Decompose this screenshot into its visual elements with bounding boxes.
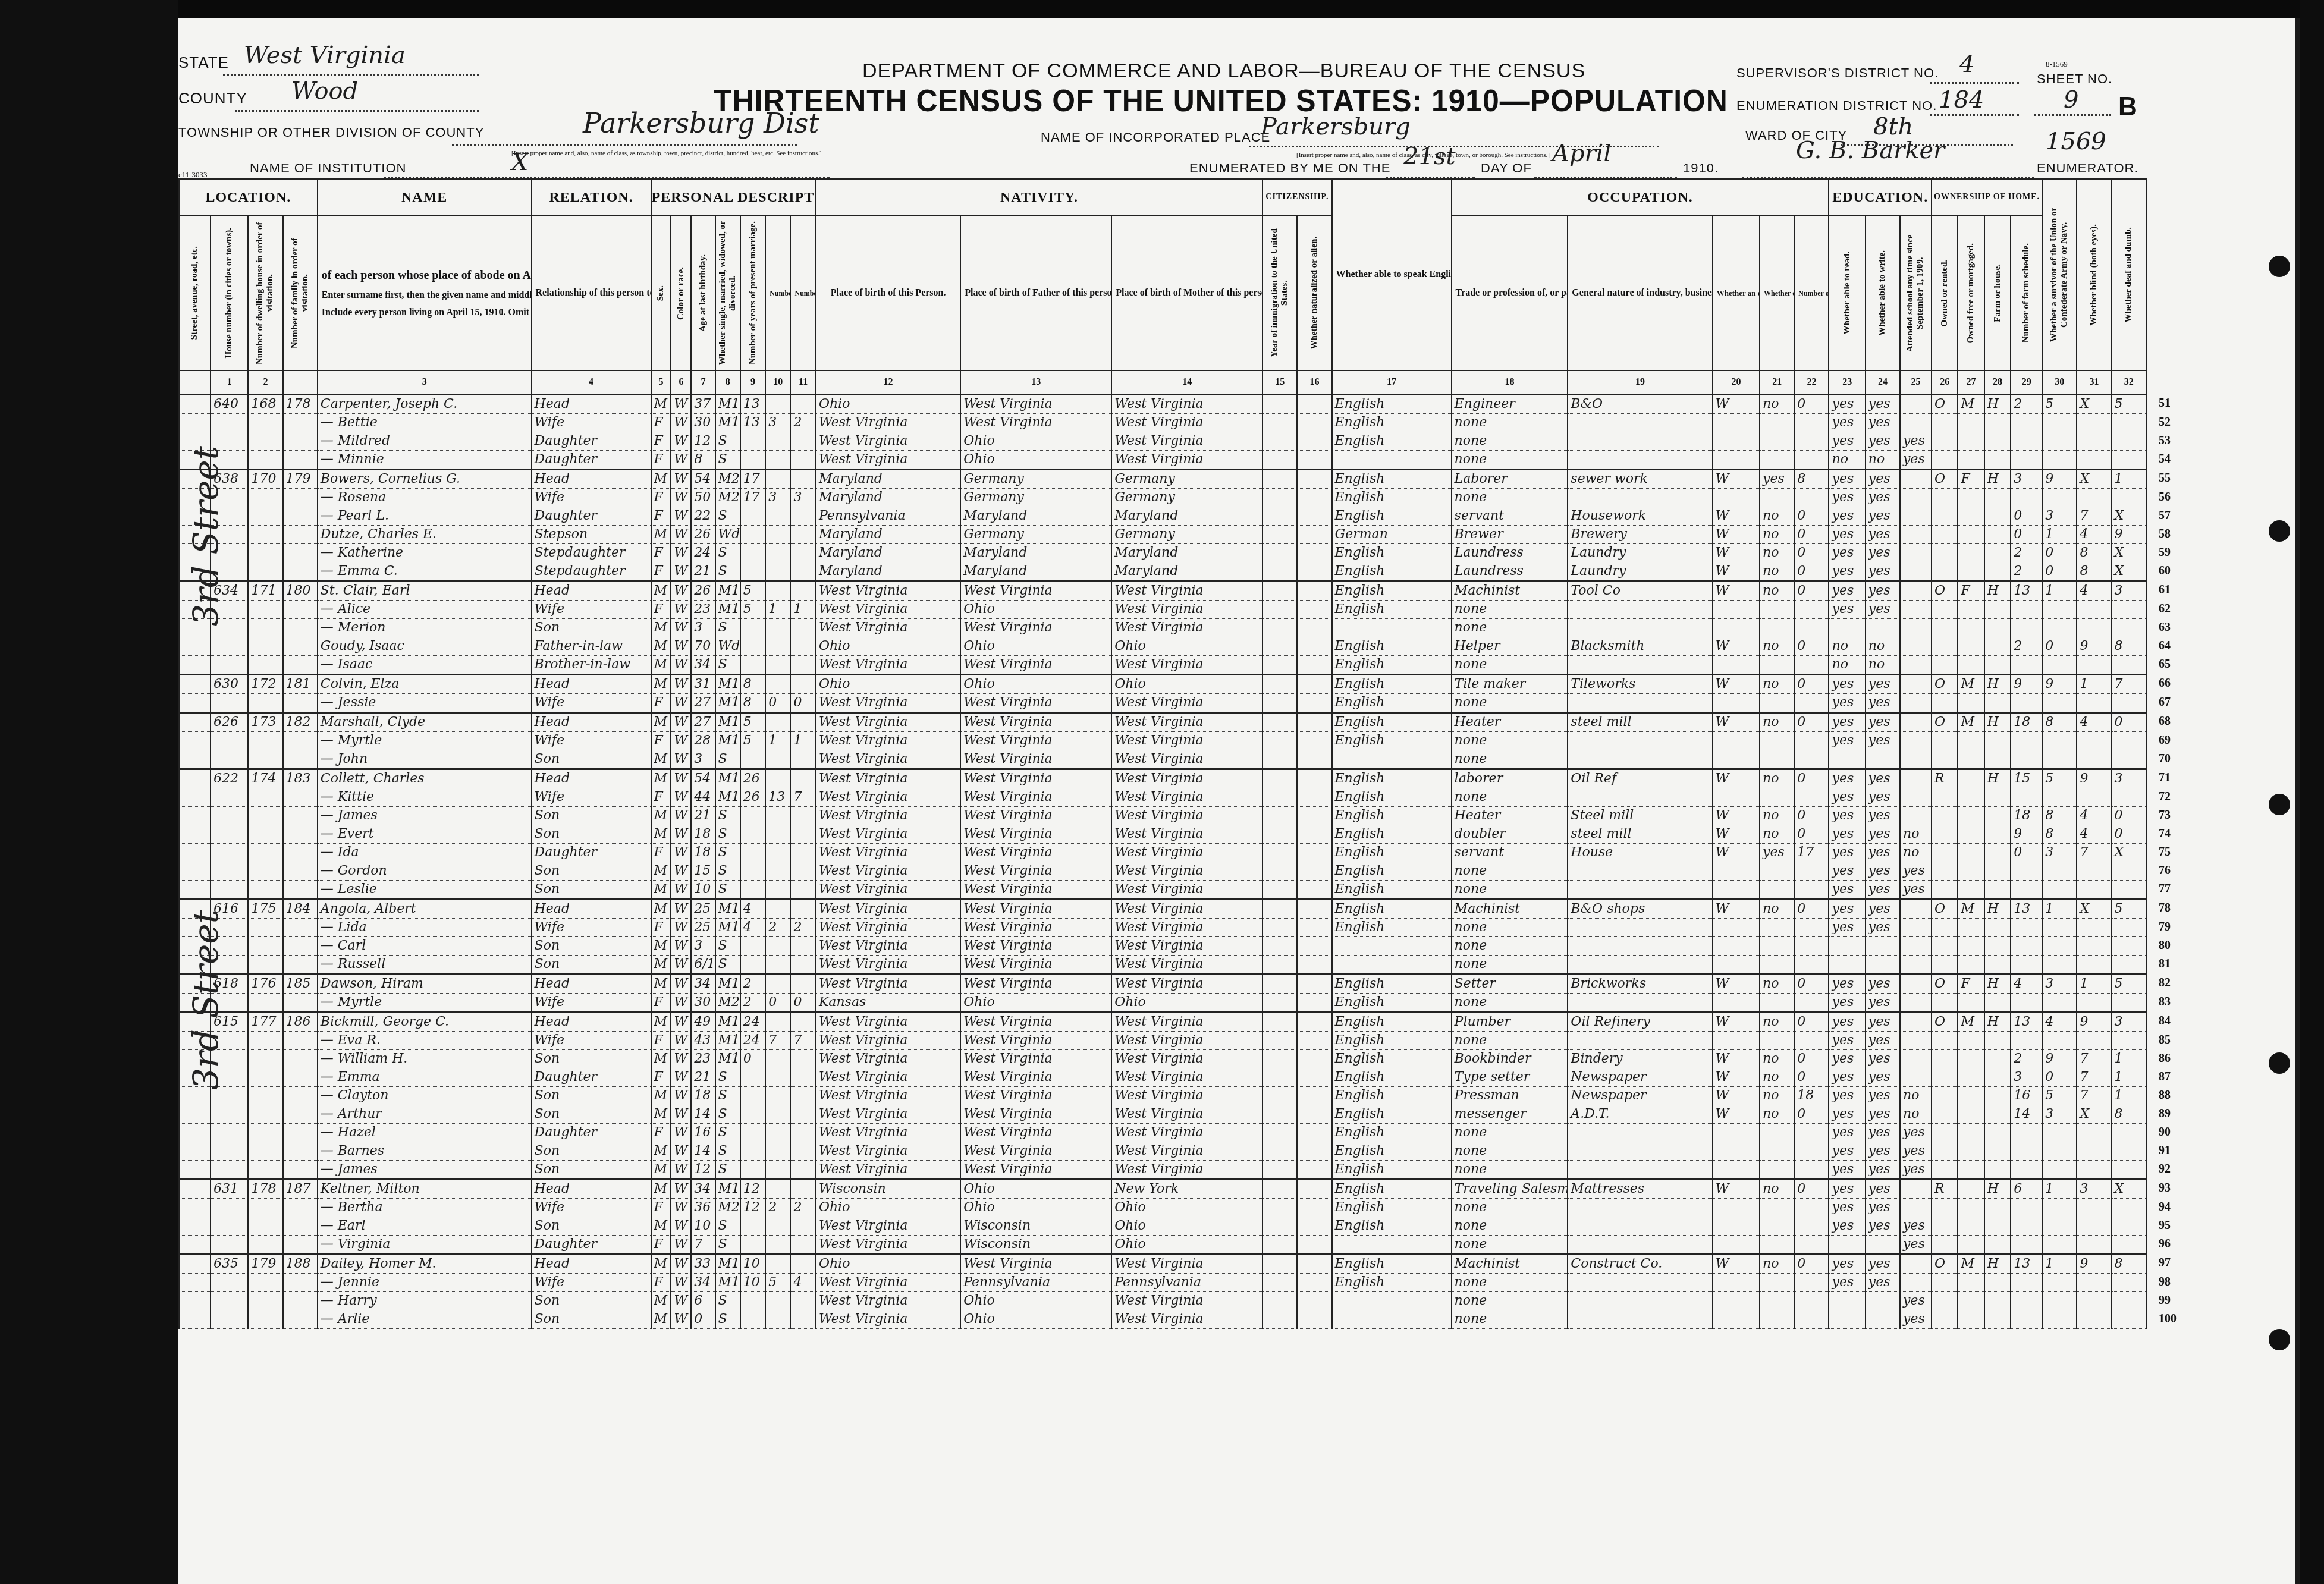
cell-free — [1958, 769, 1984, 788]
cell-dwell: 171 — [248, 581, 282, 600]
cell-name: — Merion — [318, 618, 532, 637]
cell-dwell — [248, 862, 282, 880]
cell-wks: 0 — [1794, 1179, 1829, 1198]
cell-yrs: 10 — [740, 1254, 765, 1273]
cell-age: 31 — [691, 674, 715, 693]
cell-read: yes — [1829, 413, 1865, 432]
form-code-top: 8-1569 — [2046, 59, 2068, 69]
cell-living — [790, 581, 815, 600]
cell-name: — Hazel — [318, 1123, 532, 1142]
cell-own — [1932, 693, 1958, 712]
cell-bf: Ohio — [960, 1310, 1111, 1328]
cell-age: 30 — [691, 993, 715, 1012]
cell-age: 27 — [691, 712, 715, 731]
cell-farm — [1984, 525, 2011, 543]
cell-living — [790, 432, 815, 450]
cell-imm — [1263, 918, 1297, 936]
line-number: 78 — [2159, 901, 2171, 915]
cell-read: yes — [1829, 1086, 1865, 1105]
cell-born — [765, 1254, 790, 1273]
cell-ind: sewer work — [1568, 469, 1712, 488]
cell-fam — [283, 693, 318, 712]
cell-fam — [283, 1198, 318, 1217]
line-number: 97 — [2159, 1256, 2171, 1270]
header-veteran: Whether a survivor of the Union or Confe… — [2049, 200, 2069, 349]
supervisor-label: SUPERVISOR'S DISTRICT NO. — [1736, 65, 1939, 81]
incorporated-value: Parkersburg — [1261, 113, 1411, 140]
cell-dwell: 178 — [248, 1179, 282, 1198]
cell-race: W — [671, 1123, 691, 1142]
cell-born — [765, 1105, 790, 1123]
cell-bp: West Virginia — [816, 825, 960, 843]
cell-rel: Daughter — [532, 1068, 651, 1086]
cell-fam — [283, 525, 318, 543]
cell-c30 — [2042, 413, 2077, 432]
cell-sch: yes — [1900, 1160, 1932, 1179]
cell-ind: Newspaper — [1568, 1086, 1712, 1105]
cell-bm: West Virginia — [1111, 712, 1263, 731]
column-number: 14 — [1111, 370, 1263, 394]
cell-bp: Maryland — [816, 543, 960, 562]
cell-out — [1760, 862, 1794, 880]
cell-name: — John — [318, 750, 532, 769]
cell-farm — [1984, 1123, 2011, 1142]
cell-free — [1958, 413, 1984, 432]
cell-name: — Alice — [318, 600, 532, 618]
cell-write — [1866, 1310, 1900, 1328]
cell-emp: W — [1713, 769, 1760, 788]
cell-age: 21 — [691, 1068, 715, 1086]
cell-rel: Son — [532, 955, 651, 974]
cell-free — [1958, 1105, 1984, 1123]
cell-rel: Son — [532, 1142, 651, 1160]
cell-lang: English — [1332, 825, 1452, 843]
cell-emp: W — [1713, 525, 1760, 543]
cell-sch — [1900, 993, 1932, 1012]
header-age: Age at last birthday. — [698, 254, 708, 332]
cell-c32 — [2112, 1217, 2146, 1235]
cell-c32 — [2112, 1291, 2146, 1310]
cell-c32: X — [2112, 843, 2146, 862]
cell-wks: 0 — [1794, 581, 1829, 600]
cell-yrs: 12 — [740, 1198, 765, 1217]
cell-imm — [1263, 525, 1297, 543]
cell-bm: West Virginia — [1111, 955, 1263, 974]
cell-trade: none — [1452, 993, 1568, 1012]
cell-nat — [1297, 731, 1331, 750]
cell-imm — [1263, 1031, 1297, 1049]
cell-write: yes — [1866, 562, 1900, 581]
cell-born — [765, 974, 790, 993]
cell-bf: Pennsylvania — [960, 1273, 1111, 1291]
cell-street — [179, 1310, 211, 1328]
cell-bf: West Virginia — [960, 806, 1111, 825]
table-row: — EarlSonMW10SWest VirginiaWisconsinOhio… — [179, 1217, 2146, 1235]
cell-fam — [283, 750, 318, 769]
cell-wks — [1794, 1291, 1829, 1310]
cell-emp — [1713, 788, 1760, 806]
cell-emp — [1713, 1142, 1760, 1160]
cell-yrs: 26 — [740, 769, 765, 788]
cell-trade: doubler — [1452, 825, 1568, 843]
cell-read — [1829, 618, 1865, 637]
cell-wks: 0 — [1794, 674, 1829, 693]
cell-yrs: 5 — [740, 712, 765, 731]
header-owned: Owned or rented. — [1940, 260, 1950, 326]
cell-write: yes — [1866, 1142, 1900, 1160]
cell-age: 12 — [691, 432, 715, 450]
cell-imm — [1263, 750, 1297, 769]
cell-ind — [1568, 1142, 1712, 1160]
cell-fam — [283, 1235, 318, 1254]
cell-fam — [283, 1273, 318, 1291]
cell-nat — [1297, 1142, 1331, 1160]
cell-emp — [1713, 488, 1760, 507]
cell-c31: 9 — [2077, 1012, 2111, 1031]
cell-c29: 0 — [2011, 843, 2042, 862]
cell-wks: 0 — [1794, 562, 1829, 581]
cell-c31: 1 — [2077, 974, 2111, 993]
cell-write: yes — [1866, 600, 1900, 618]
cell-dwell — [248, 432, 282, 450]
cell-bp: West Virginia — [816, 1217, 960, 1235]
cell-rel: Son — [532, 862, 651, 880]
cell-sch — [1900, 543, 1932, 562]
cell-fam — [283, 843, 318, 862]
cell-sex: M — [651, 1105, 671, 1123]
cell-mar: M2 — [715, 1198, 740, 1217]
cell-ind — [1568, 731, 1712, 750]
cell-ind — [1568, 1273, 1712, 1291]
cell-nat — [1297, 469, 1331, 488]
cell-mar: S — [715, 432, 740, 450]
cell-sch — [1900, 1198, 1932, 1217]
cell-bf: West Virginia — [960, 1142, 1111, 1160]
cell-emp — [1713, 413, 1760, 432]
cell-sch — [1900, 750, 1932, 769]
cell-lang: English — [1332, 581, 1452, 600]
enumeration-value: 184 — [1939, 86, 1984, 114]
cell-trade: none — [1452, 880, 1568, 899]
cell-nat — [1297, 1273, 1331, 1291]
cell-own — [1932, 600, 1958, 618]
cell-house: 622 — [211, 769, 248, 788]
cell-age: 18 — [691, 825, 715, 843]
cell-c30: 0 — [2042, 562, 2077, 581]
cell-own — [1932, 1217, 1958, 1235]
cell-street — [179, 394, 211, 413]
cell-trade: none — [1452, 918, 1568, 936]
cell-yrs: 4 — [740, 899, 765, 918]
cell-dwell — [248, 1049, 282, 1068]
cell-yrs: 26 — [740, 788, 765, 806]
cell-emp — [1713, 918, 1760, 936]
cell-c31 — [2077, 1217, 2111, 1235]
cell-rel: Daughter — [532, 1123, 651, 1142]
cell-mar: M1 — [715, 918, 740, 936]
cell-emp — [1713, 936, 1760, 955]
cell-ind — [1568, 936, 1712, 955]
cell-c32: X — [2112, 507, 2146, 525]
cell-wks — [1794, 655, 1829, 674]
cell-street — [179, 1123, 211, 1142]
cell-bf: West Virginia — [960, 1012, 1111, 1031]
line-number: 79 — [2159, 920, 2171, 934]
cell-bm: West Virginia — [1111, 788, 1263, 806]
cell-name: — Russell — [318, 955, 532, 974]
cell-read: yes — [1829, 394, 1865, 413]
cell-ind: B&O shops — [1568, 899, 1712, 918]
cell-imm — [1263, 1123, 1297, 1142]
cell-farm — [1984, 600, 2011, 618]
cell-bf: Wisconsin — [960, 1235, 1111, 1254]
cell-mar: S — [715, 1068, 740, 1086]
cell-c32 — [2112, 1031, 2146, 1049]
header-naturalized: Whether naturalized or alien. — [1309, 237, 1320, 349]
column-number: 12 — [816, 370, 960, 394]
cell-nat — [1297, 899, 1331, 918]
cell-c32: 7 — [2112, 674, 2146, 693]
cell-imm — [1263, 488, 1297, 507]
cell-race: W — [671, 525, 691, 543]
cell-mar: Wd — [715, 637, 740, 655]
institution-label: NAME OF INSTITUTION — [250, 161, 406, 176]
cell-farm — [1984, 731, 2011, 750]
table-row: — LeslieSonMW10SWest VirginiaWest Virgin… — [179, 880, 2146, 899]
cell-bf: West Virginia — [960, 1049, 1111, 1068]
cell-c30 — [2042, 1123, 2077, 1142]
cell-sch: yes — [1900, 1123, 1932, 1142]
cell-race: W — [671, 1012, 691, 1031]
cell-bp: West Virginia — [816, 1273, 960, 1291]
table-row: — MyrtleWifeFW30M2200KansasOhioOhioEngli… — [179, 993, 2146, 1012]
cell-c29 — [2011, 788, 2042, 806]
cell-out: no — [1760, 1179, 1794, 1198]
cell-nat — [1297, 1105, 1331, 1123]
cell-write: yes — [1866, 1068, 1900, 1086]
cell-read: yes — [1829, 769, 1865, 788]
cell-ind: Tool Co — [1568, 581, 1712, 600]
cell-sch — [1900, 712, 1932, 731]
cell-farm: H — [1984, 712, 2011, 731]
cell-emp: W — [1713, 562, 1760, 581]
cell-nat — [1297, 1254, 1331, 1273]
cell-dwell — [248, 750, 282, 769]
cell-mar: M1 — [715, 769, 740, 788]
cell-living — [790, 1123, 815, 1142]
cell-bm: West Virginia — [1111, 1086, 1263, 1105]
cell-age: 16 — [691, 1123, 715, 1142]
cell-c29: 0 — [2011, 507, 2042, 525]
cell-bf: Ohio — [960, 432, 1111, 450]
cell-rel: Stepdaughter — [532, 562, 651, 581]
cell-emp: W — [1713, 1012, 1760, 1031]
cell-bp: West Virginia — [816, 1142, 960, 1160]
table-row: — HarrySonMW6SWest VirginiaOhioWest Virg… — [179, 1291, 2146, 1310]
cell-free — [1958, 432, 1984, 450]
column-number: 6 — [671, 370, 691, 394]
cell-trade: none — [1452, 413, 1568, 432]
cell-dwell: 177 — [248, 1012, 282, 1031]
cell-mar: S — [715, 955, 740, 974]
cell-bf: Ohio — [960, 637, 1111, 655]
cell-bf: West Virginia — [960, 769, 1111, 788]
cell-out: no — [1760, 394, 1794, 413]
department-heading: DEPARTMENT OF COMMERCE AND LABOR—BUREAU … — [862, 59, 1585, 83]
cell-write: yes — [1866, 1031, 1900, 1049]
cell-bm: West Virginia — [1111, 918, 1263, 936]
cell-name: — Earl — [318, 1217, 532, 1235]
cell-house — [211, 413, 248, 432]
cell-free: F — [1958, 581, 1984, 600]
cell-born — [765, 862, 790, 880]
header-deaf: Whether deaf and dumb. — [2124, 227, 2134, 323]
cell-c30 — [2042, 1310, 2077, 1328]
cell-name: — Katherine — [318, 543, 532, 562]
cell-out: no — [1760, 712, 1794, 731]
cell-lang: English — [1332, 1086, 1452, 1105]
cell-born — [765, 1291, 790, 1310]
cell-own — [1932, 936, 1958, 955]
cell-nat — [1297, 525, 1331, 543]
cell-c31 — [2077, 1235, 2111, 1254]
cell-out: no — [1760, 1086, 1794, 1105]
cell-bm: West Virginia — [1111, 1123, 1263, 1142]
cell-lang: English — [1332, 974, 1452, 993]
sheet-underline — [2034, 114, 2111, 116]
cell-bf: West Virginia — [960, 843, 1111, 862]
cell-yrs — [740, 1160, 765, 1179]
cell-imm — [1263, 712, 1297, 731]
cell-sex: F — [651, 731, 671, 750]
cell-farm — [1984, 993, 2011, 1012]
cell-out: no — [1760, 769, 1794, 788]
cell-sch — [1900, 394, 1932, 413]
cell-born — [765, 674, 790, 693]
cell-ind — [1568, 1310, 1712, 1328]
cell-farm — [1984, 1086, 2011, 1105]
cell-own — [1932, 562, 1958, 581]
cell-sex: M — [651, 1217, 671, 1235]
cell-yrs — [740, 507, 765, 525]
line-number: 58 — [2159, 527, 2171, 541]
cell-wks: 0 — [1794, 712, 1829, 731]
cell-name: — Myrtle — [318, 731, 532, 750]
cell-lang: English — [1332, 880, 1452, 899]
cell-bm: Maryland — [1111, 543, 1263, 562]
cell-c31: 4 — [2077, 525, 2111, 543]
cell-c32 — [2112, 413, 2146, 432]
cell-age: 24 — [691, 543, 715, 562]
cell-trade: none — [1452, 955, 1568, 974]
cell-c32 — [2112, 1123, 2146, 1142]
street-name-1: 3rd Street — [186, 446, 226, 626]
cell-c30: 0 — [2042, 1068, 2077, 1086]
cell-free — [1958, 955, 1984, 974]
header-name-desc3: Include every person living on April 15,… — [322, 307, 527, 318]
cell-own — [1932, 637, 1958, 655]
table-row: — BarnesSonMW14SWest VirginiaWest Virgin… — [179, 1142, 2146, 1160]
cell-c31 — [2077, 618, 2111, 637]
cell-fam — [283, 1217, 318, 1235]
cell-born — [765, 1068, 790, 1086]
header-race: Color or race. — [676, 267, 686, 320]
cell-born — [765, 712, 790, 731]
scan-border-top — [0, 0, 2324, 18]
table-row: — JohnSonMW3SWest VirginiaWest VirginiaW… — [179, 750, 2146, 769]
cell-mar: M1 — [715, 674, 740, 693]
cell-name: — William H. — [318, 1049, 532, 1068]
header-birth-mother: Place of birth of Mother of this person. — [1111, 216, 1263, 370]
cell-emp: W — [1713, 1086, 1760, 1105]
cell-emp: W — [1713, 1049, 1760, 1068]
cell-age: 0 — [691, 1310, 715, 1328]
cell-c32: 5 — [2112, 974, 2146, 993]
cell-own — [1932, 955, 1958, 974]
cell-trade: Pressman — [1452, 1086, 1568, 1105]
cell-yrs: 17 — [740, 488, 765, 507]
cell-house — [211, 1105, 248, 1123]
cell-lang — [1332, 1291, 1452, 1310]
table-row: 640168178Carpenter, Joseph C.HeadMW37M11… — [179, 394, 2146, 413]
cell-nat — [1297, 618, 1331, 637]
cell-living — [790, 618, 815, 637]
line-number: 81 — [2159, 957, 2171, 971]
cell-nat — [1297, 1160, 1331, 1179]
cell-lang: English — [1332, 843, 1452, 862]
cell-dwell — [248, 1086, 282, 1105]
cell-c31: 9 — [2077, 1254, 2111, 1273]
cell-bf: Maryland — [960, 543, 1111, 562]
table-row: — AliceWifeFW23M1511West VirginiaOhioWes… — [179, 600, 2146, 618]
cell-dwell — [248, 507, 282, 525]
cell-fam — [283, 1031, 318, 1049]
cell-bm: Ohio — [1111, 1217, 1263, 1235]
cell-fam — [283, 806, 318, 825]
scan-border-right — [2300, 0, 2324, 1584]
cell-bm: West Virginia — [1111, 974, 1263, 993]
cell-write — [1866, 955, 1900, 974]
cell-age: 34 — [691, 1273, 715, 1291]
supervisor-value: 4 — [1959, 51, 1974, 78]
cell-lang — [1332, 955, 1452, 974]
header-marital: Whether single, married, widowed, or div… — [718, 219, 738, 367]
cell-farm: H — [1984, 1012, 2011, 1031]
line-number: 77 — [2159, 882, 2171, 896]
cell-read: yes — [1829, 731, 1865, 750]
cell-dwell — [248, 880, 282, 899]
cell-name: — Mildred — [318, 432, 532, 450]
cell-wks: 0 — [1794, 899, 1829, 918]
cell-age: 26 — [691, 525, 715, 543]
cell-bp: Ohio — [816, 1254, 960, 1273]
cell-house — [211, 1235, 248, 1254]
cell-mar: M2 — [715, 993, 740, 1012]
cell-yrs — [740, 955, 765, 974]
cell-dwell: 168 — [248, 394, 282, 413]
cell-dwell — [248, 806, 282, 825]
cell-dwell — [248, 918, 282, 936]
cell-sch: yes — [1900, 1235, 1932, 1254]
cell-ind: steel mill — [1568, 825, 1712, 843]
cell-race: W — [671, 1179, 691, 1198]
cell-c29 — [2011, 1291, 2042, 1310]
cell-wks — [1794, 413, 1829, 432]
cell-c30 — [2042, 450, 2077, 469]
cell-yrs: 5 — [740, 731, 765, 750]
cell-c31 — [2077, 862, 2111, 880]
cell-c31 — [2077, 731, 2111, 750]
